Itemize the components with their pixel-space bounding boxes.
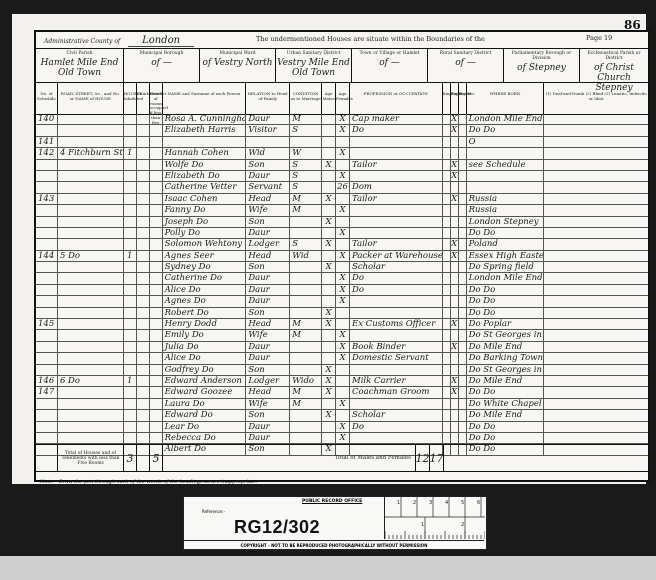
cell-born: Do Poplar — [467, 319, 545, 329]
cell-sched — [36, 308, 58, 318]
cell-blank — [443, 239, 451, 249]
table-row: 140Rosa A. CunninghamDaurMXCap makerXLon… — [36, 114, 648, 125]
cell-born: see Schedule — [467, 160, 545, 170]
column-header: WHERE BORN — [467, 82, 545, 114]
cell-blank — [459, 376, 467, 386]
cell-born: Poland — [467, 239, 545, 249]
cell-cond — [290, 342, 322, 352]
header-cell-label: Urban Sanitary District — [287, 51, 341, 56]
houses-inhabited-total: 3 — [124, 445, 137, 471]
cell-born: Do Do — [467, 296, 545, 306]
cell-born — [467, 182, 545, 192]
cell-rel: Visitor — [246, 125, 290, 135]
column-header: Age Females — [336, 82, 350, 114]
cell-cond — [290, 353, 322, 363]
cell-name: Fanny Do — [163, 205, 247, 215]
table-row: 1445 Do1Agnes SeerHeadWidXPacker at Ware… — [36, 251, 648, 262]
females-total: 17 — [430, 445, 444, 471]
cell-blank — [443, 217, 451, 227]
cell-blank — [544, 376, 648, 386]
cell-blank — [459, 387, 467, 397]
cell-blank — [459, 285, 467, 295]
cell-occ: Dom — [350, 182, 443, 192]
cell-blank — [137, 376, 150, 386]
cell-rel: Wife — [246, 205, 290, 215]
cell-blank — [544, 399, 648, 409]
cell-emp — [451, 205, 459, 215]
cell-cond: S — [290, 160, 322, 170]
cell-blank — [544, 319, 648, 329]
table-row: 1466 Do1Edward AndersonLodgerWidoXMilk C… — [36, 376, 648, 387]
cell-occ — [350, 399, 443, 409]
cell-female: X — [336, 353, 350, 363]
cell-sched — [36, 433, 58, 443]
cell-blank — [443, 308, 451, 318]
cell-cond: S — [290, 239, 322, 249]
cell-blank — [443, 160, 451, 170]
cell-inh — [124, 160, 137, 170]
cell-name — [163, 137, 247, 147]
header-cell-value: Hamlet Mile End Old Town — [36, 58, 123, 78]
cell-name: Solomon Wehtony — [163, 239, 247, 249]
column-header: No. of Schedule — [36, 82, 58, 114]
cell-blank — [443, 251, 451, 261]
cell-name: Alice Do — [163, 353, 247, 363]
cell-male — [322, 285, 336, 295]
header-cell-label: Rural Sanitary District — [440, 51, 492, 56]
cell-sched — [36, 330, 58, 340]
cell-blank — [459, 433, 467, 443]
cell-addr — [58, 319, 124, 329]
cell-blank — [544, 273, 648, 283]
cell-rel: Daur — [246, 228, 290, 238]
cell-born: Do Mile End — [467, 376, 545, 386]
cell-sched: 143 — [36, 194, 58, 204]
cell-addr — [58, 182, 124, 192]
cell-addr: 6 Do — [58, 376, 124, 386]
cell-blank — [137, 251, 150, 261]
cell-addr — [58, 160, 124, 170]
header-cell-label: Ecclesiastical Parish or District — [587, 51, 640, 61]
cell-name: Laura Do — [163, 399, 247, 409]
cell-rel: Daur — [246, 285, 290, 295]
cell-female — [336, 239, 350, 249]
cell-blank — [544, 217, 648, 227]
cell-blank — [137, 205, 150, 215]
cell-blank — [443, 285, 451, 295]
cell-sched — [36, 296, 58, 306]
cell-rooms — [150, 262, 163, 272]
cell-rooms — [150, 433, 163, 443]
cell-rel — [246, 137, 290, 147]
cell-inh — [124, 422, 137, 432]
census-rows: 140Rosa A. CunninghamDaurMXCap makerXLon… — [36, 114, 648, 456]
cell-female — [336, 376, 350, 386]
cell-blank — [137, 433, 150, 443]
cell-blank — [544, 137, 648, 147]
cell-sched: 145 — [36, 319, 58, 329]
cell-occ: Scholar — [350, 410, 443, 420]
cell-occ — [350, 330, 443, 340]
cell-born: Do Mile End — [467, 410, 545, 420]
cell-addr — [58, 194, 124, 204]
cell-addr — [58, 137, 124, 147]
cell-rel: Son — [246, 410, 290, 420]
cell-emp — [451, 217, 459, 227]
cell-occ: Coachman Groom — [350, 387, 443, 397]
cell-addr — [58, 342, 124, 352]
cell-born: Do Do — [467, 422, 545, 432]
table-row: Joseph DoSonXLondon Stepney — [36, 217, 648, 228]
cell-occ — [350, 365, 443, 375]
cell-blank — [459, 205, 467, 215]
cell-occ — [350, 296, 443, 306]
cell-cond: M — [290, 114, 322, 124]
header-cell-label: Town or Village or Hamlet — [359, 51, 419, 56]
cell-blank — [459, 137, 467, 147]
cell-inh — [124, 433, 137, 443]
column-header: RELATION to Head of Family — [246, 82, 290, 114]
table-row: Rebecca DoDaurXDo Do — [36, 433, 648, 444]
cell-male — [322, 114, 336, 124]
cell-emp: X — [451, 160, 459, 170]
cell-sched — [36, 125, 58, 135]
cell-sched — [36, 285, 58, 295]
header-cell-label: Municipal Ward — [219, 51, 255, 56]
cell-blank — [459, 217, 467, 227]
cell-blank — [459, 422, 467, 432]
cell-male — [322, 353, 336, 363]
admin-county-value: London — [128, 35, 194, 47]
cell-born: London Mile End — [467, 114, 545, 124]
cell-female: X — [336, 342, 350, 352]
cell-rel: Daur — [246, 296, 290, 306]
cell-addr — [58, 433, 124, 443]
cell-rel: Daur — [246, 273, 290, 283]
cell-cond — [290, 137, 322, 147]
cell-emp: X — [451, 194, 459, 204]
cell-rooms — [150, 330, 163, 340]
cell-inh — [124, 387, 137, 397]
cell-inh — [124, 308, 137, 318]
header-cell-label: Municipal Borough — [140, 51, 184, 56]
cell-emp — [451, 262, 459, 272]
cell-addr — [58, 262, 124, 272]
cell-blank — [459, 273, 467, 283]
cell-occ — [350, 433, 443, 443]
cell-name: Rosa A. Cunningham — [163, 114, 247, 124]
table-row: Wolfe DoSonSXTailorXsee Schedule — [36, 160, 648, 171]
cell-cond: M — [290, 319, 322, 329]
cell-rel: Daur — [246, 342, 290, 352]
cell-rel: Lodger — [246, 376, 290, 386]
cell-blank — [544, 114, 648, 124]
cell-sched — [36, 342, 58, 352]
cell-rooms — [150, 376, 163, 386]
cell-born: Do Spring field — [467, 262, 545, 272]
cell-inh: 1 — [124, 251, 137, 261]
cell-inh: 1 — [124, 148, 137, 158]
cell-cond: S — [290, 125, 322, 135]
cell-born: London Stepney — [467, 217, 545, 227]
cell-blank — [459, 319, 467, 329]
cell-rel: Daur — [246, 353, 290, 363]
cell-emp: X — [451, 376, 459, 386]
cell-cond: M — [290, 399, 322, 409]
cell-sched: 147 — [36, 387, 58, 397]
cell-male — [322, 433, 336, 443]
cell-rel: Daur — [246, 422, 290, 432]
cell-occ: Book Binder — [350, 342, 443, 352]
cell-blank — [443, 410, 451, 420]
cell-male: X — [322, 160, 336, 170]
cell-blank — [443, 353, 451, 363]
cell-occ — [350, 137, 443, 147]
cell-name: Edward Anderson — [163, 376, 247, 386]
cell-rooms — [150, 410, 163, 420]
cell-blank — [443, 125, 451, 135]
cell-female: X — [336, 125, 350, 135]
cell-blank — [137, 319, 150, 329]
cell-emp — [451, 308, 459, 318]
cell-rooms — [150, 239, 163, 249]
svg-text:2: 2 — [413, 500, 416, 506]
cell-sched: 146 — [36, 376, 58, 386]
cell-blank — [459, 342, 467, 352]
cell-male: X — [322, 376, 336, 386]
cell-sched — [36, 182, 58, 192]
cell-cond: S — [290, 171, 322, 181]
cell-rel: Son — [246, 217, 290, 227]
cell-male: X — [322, 410, 336, 420]
cell-sched — [36, 171, 58, 181]
cell-blank — [137, 194, 150, 204]
cell-occ: Tailor — [350, 194, 443, 204]
census-sheet: Administrative County of London The unde… — [34, 30, 650, 482]
cell-blank — [443, 171, 451, 181]
cell-blank — [459, 239, 467, 249]
cell-cond: S — [290, 182, 322, 192]
cell-emp — [451, 296, 459, 306]
cell-inh — [124, 205, 137, 215]
cell-male — [322, 330, 336, 340]
table-row: Godfrey DoSonXDo St Georges in East — [36, 365, 648, 376]
cell-name: Catherine Do — [163, 273, 247, 283]
table-row: Laura DoWifeMXDo White Chapel — [36, 399, 648, 410]
cell-blank — [544, 353, 648, 363]
cell-rel: Head — [246, 194, 290, 204]
table-row: Fanny DoWifeMXRussia — [36, 205, 648, 216]
cell-male — [322, 296, 336, 306]
cell-rooms — [150, 319, 163, 329]
column-header: Age Males — [322, 82, 336, 114]
cell-blank — [137, 410, 150, 420]
cell-inh — [124, 217, 137, 227]
cell-blank — [137, 148, 150, 158]
cell-name: Joseph Do — [163, 217, 247, 227]
cell-rel: Wife — [246, 399, 290, 409]
cell-cond — [290, 308, 322, 318]
header-cell-value: of Stepney — [504, 63, 579, 73]
cell-female: 26 — [336, 182, 350, 192]
cell-addr — [58, 228, 124, 238]
table-row: Robert DoSonXDo Do — [36, 308, 648, 319]
cell-sched — [36, 228, 58, 238]
cell-born: Do Do — [467, 285, 545, 295]
cell-blank — [137, 228, 150, 238]
cell-born: O — [467, 137, 545, 147]
cell-rooms — [150, 228, 163, 238]
cell-blank — [443, 387, 451, 397]
cell-blank — [459, 125, 467, 135]
cell-occ — [350, 228, 443, 238]
cell-blank — [443, 137, 451, 147]
cell-blank — [459, 410, 467, 420]
column-header: Uninhabited — [137, 82, 150, 114]
cell-rel: Wife — [246, 330, 290, 340]
cell-addr — [58, 217, 124, 227]
cell-blank — [443, 148, 451, 158]
cell-rooms — [150, 217, 163, 227]
cell-cond — [290, 365, 322, 375]
cell-blank — [137, 137, 150, 147]
totals-row: Total of Houses and of Tenements with le… — [36, 444, 648, 472]
cell-emp — [451, 330, 459, 340]
cell-rel: Daur — [246, 114, 290, 124]
cell-occ — [350, 148, 443, 158]
reference-label: PUBLIC RECORD OFFICE Reference:- RG12/30… — [183, 496, 487, 550]
column-header: Neither — [459, 82, 467, 114]
cell-name: Agnes Seer — [163, 251, 247, 261]
cell-female — [336, 137, 350, 147]
header-cell-label: Civil Parish — [66, 51, 92, 56]
copyright-notice: COPYRIGHT - NOT TO BE REPRODUCED PHOTOGR… — [184, 540, 484, 548]
cell-rooms — [150, 285, 163, 295]
cell-male — [322, 182, 336, 192]
cell-occ: Tailor — [350, 239, 443, 249]
cell-cond: Wido — [290, 376, 322, 386]
cell-name: Elizabeth Harris — [163, 125, 247, 135]
cell-addr — [58, 353, 124, 363]
cell-rel: Wid — [246, 148, 290, 158]
cell-inh — [124, 239, 137, 249]
cell-cond: W — [290, 148, 322, 158]
cell-emp — [451, 182, 459, 192]
cell-occ — [350, 171, 443, 181]
cell-sched: 142 — [36, 148, 58, 158]
cell-male: X — [322, 239, 336, 249]
cell-blank — [459, 182, 467, 192]
svg-text:6: 6 — [477, 500, 480, 506]
cell-occ: Domestic Servant — [350, 353, 443, 363]
cell-addr — [58, 296, 124, 306]
page-label: Page 19 — [586, 34, 612, 42]
cell-born: Russia — [467, 194, 545, 204]
cell-blank — [137, 182, 150, 192]
cell-occ: Ex Customs Officer — [350, 319, 443, 329]
cell-male — [322, 273, 336, 283]
cell-blank — [459, 251, 467, 261]
cell-rooms — [150, 308, 163, 318]
table-row: Catherine DoDaurXDoLondon Mile End — [36, 273, 648, 284]
cell-cond — [290, 273, 322, 283]
cell-female: X — [336, 273, 350, 283]
table-row: Sydney DoSonXScholarDo Spring field — [36, 262, 648, 273]
cell-cond: M — [290, 194, 322, 204]
cell-blank — [137, 217, 150, 227]
svg-text:4: 4 — [445, 500, 448, 506]
cell-blank — [459, 262, 467, 272]
office-name: PUBLIC RECORD OFFICE — [302, 499, 362, 504]
cell-inh — [124, 262, 137, 272]
svg-text:2: 2 — [461, 522, 464, 528]
cell-occ: Do — [350, 273, 443, 283]
cell-rooms — [150, 296, 163, 306]
cell-inh — [124, 353, 137, 363]
cell-inh — [124, 365, 137, 375]
cell-addr — [58, 114, 124, 124]
header-cell: Municipal Boroughof — — [124, 49, 200, 83]
cell-occ: Do — [350, 422, 443, 432]
cell-female: X — [336, 228, 350, 238]
cell-cond — [290, 285, 322, 295]
cell-sched: 140 — [36, 114, 58, 124]
header-cell-value: of — — [352, 58, 427, 68]
cell-blank — [544, 433, 648, 443]
cell-born — [467, 148, 545, 158]
cell-cond — [290, 262, 322, 272]
cell-born: Do Mile End — [467, 342, 545, 352]
cell-addr — [58, 125, 124, 135]
cell-sched — [36, 262, 58, 272]
cell-name: Alice Do — [163, 285, 247, 295]
cell-rooms — [150, 365, 163, 375]
cell-blank — [443, 296, 451, 306]
cell-female — [336, 365, 350, 375]
cell-blank — [137, 296, 150, 306]
cell-blank — [459, 194, 467, 204]
header-cell: Ecclesiastical Parish or Districtof Chri… — [580, 49, 648, 83]
cell-male: X — [322, 217, 336, 227]
header-cell: Civil ParishHamlet Mile End Old Town — [36, 49, 124, 83]
cell-blank — [443, 273, 451, 283]
cell-emp — [451, 137, 459, 147]
cell-occ: Do — [350, 285, 443, 295]
cell-female — [336, 387, 350, 397]
cell-occ: Do — [350, 125, 443, 135]
cell-female: X — [336, 433, 350, 443]
cell-inh — [124, 285, 137, 295]
header-cell-label: Parliamentary Borough or Division — [512, 51, 572, 61]
cell-blank — [459, 148, 467, 158]
cell-born: Do Do — [467, 308, 545, 318]
cell-rooms — [150, 137, 163, 147]
svg-text:1: 1 — [421, 522, 424, 528]
cell-blank — [544, 125, 648, 135]
cell-blank — [137, 387, 150, 397]
cell-emp: X — [451, 319, 459, 329]
cell-blank — [459, 114, 467, 124]
table-row: Catherine VetterServantS26Dom — [36, 182, 648, 193]
cell-blank — [137, 239, 150, 249]
cell-female — [336, 410, 350, 420]
cell-blank — [137, 353, 150, 363]
cell-inh — [124, 194, 137, 204]
header-cell-value: of — — [124, 58, 199, 68]
males-total: 12 — [416, 445, 430, 471]
cell-female — [336, 262, 350, 272]
cell-occ: Tailor — [350, 160, 443, 170]
